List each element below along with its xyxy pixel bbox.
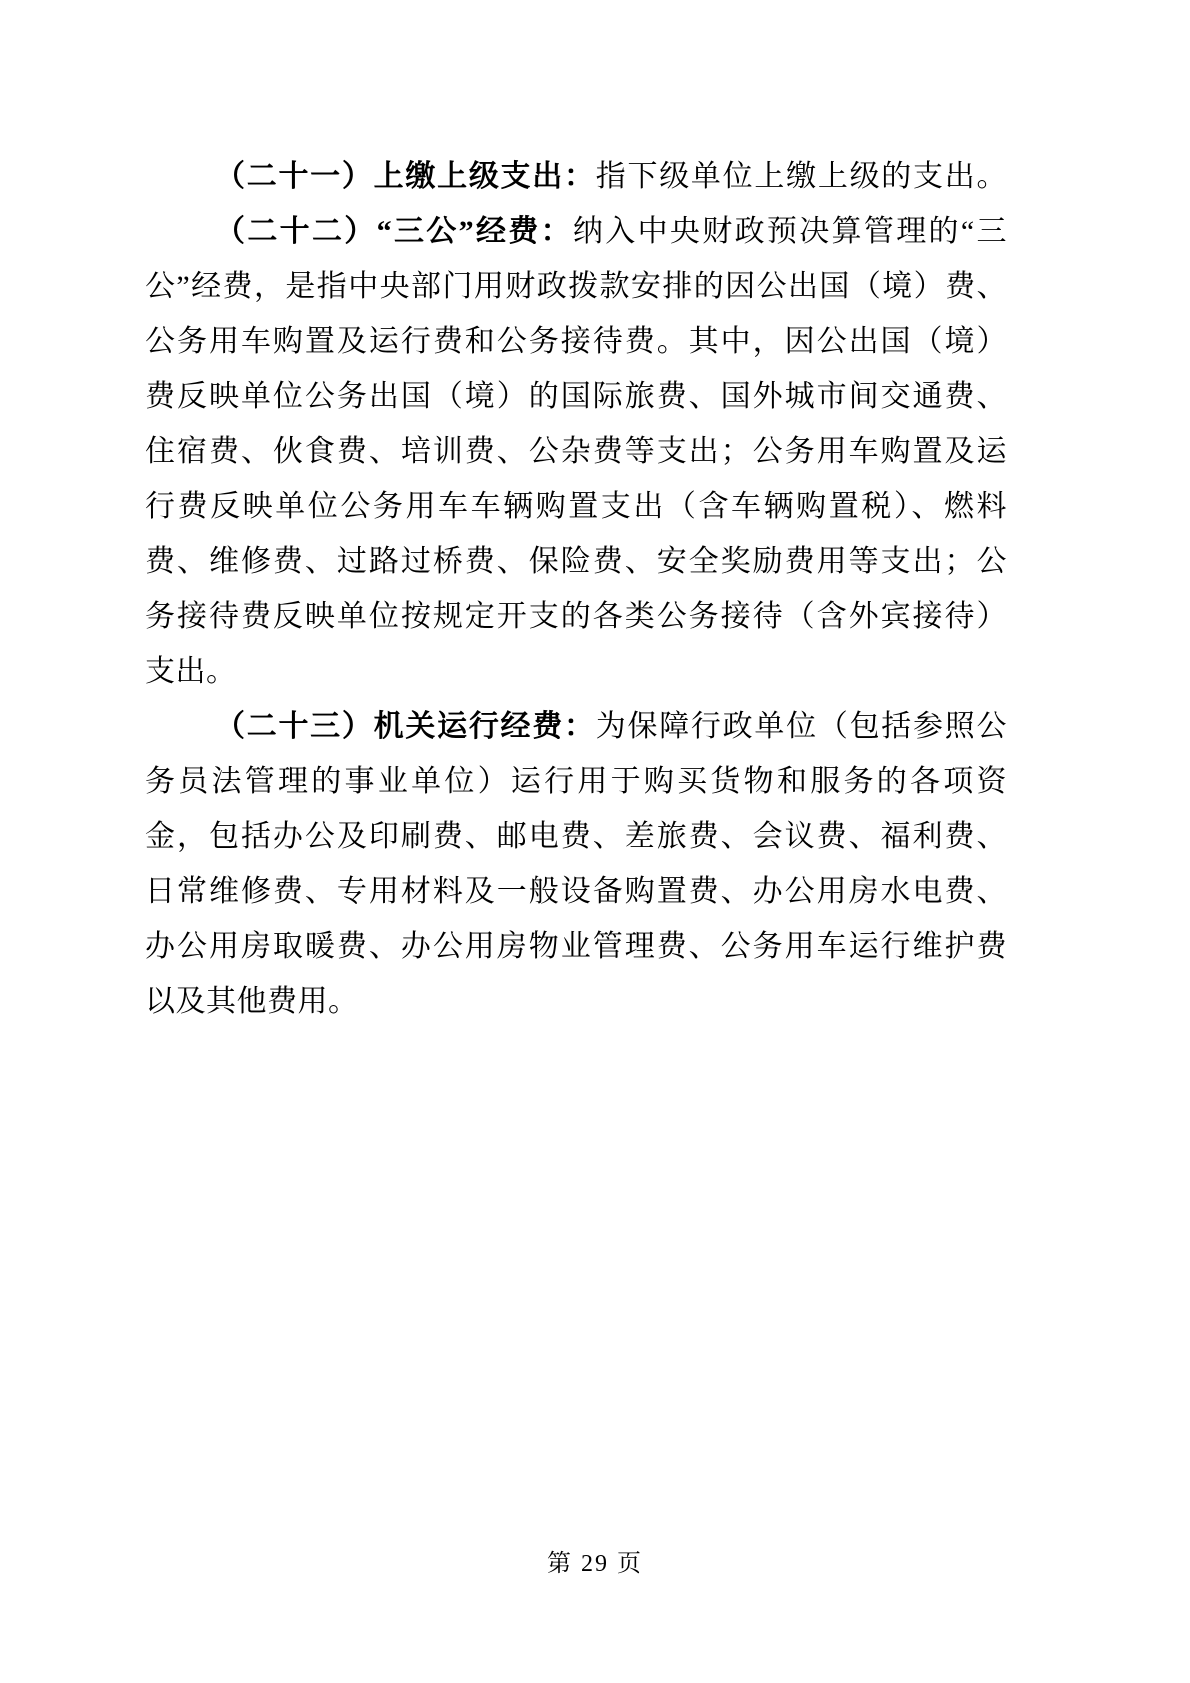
text-line: 公务用车购置及运行费和公务接待费。其中，因公出国（境）: [145, 314, 1007, 369]
text-run: 支出。: [145, 655, 237, 688]
text-line: 支出。: [145, 644, 1007, 699]
text-run: 公”经费，是指中央部门用财政拨款安排的因公出国（境）费、: [145, 270, 1007, 303]
text-line: 行费反映单位公务用车车辆购置支出（含车辆购置税）、燃料: [145, 479, 1007, 534]
text-run: 住宿费、伙食费、培训费、公杂费等支出；公务用车购置及运: [145, 435, 1007, 468]
text-line: 住宿费、伙食费、培训费、公杂费等支出；公务用车购置及运: [145, 424, 1007, 479]
text-line: 费、维修费、过路过桥费、保险费、安全奖励费用等支出；公: [145, 534, 1007, 589]
page-number: 第 29 页: [547, 1551, 643, 1577]
text-run: 费反映单位公务出国（境）的国际旅费、国外城市间交通费、: [145, 380, 1007, 413]
text-run: 金，包括办公及印刷费、邮电费、差旅费、会议费、福利费、: [145, 820, 1007, 853]
text-line: 费反映单位公务出国（境）的国际旅费、国外城市间交通费、: [145, 369, 1007, 424]
text-run: 为保障行政单位（包括参照公: [596, 710, 1007, 743]
text-line: 以及其他费用。: [145, 974, 1007, 1029]
text-line: 务接待费反映单位按规定开支的各类公务接待（含外宾接待）: [145, 589, 1007, 644]
document-body: （二十一）上缴上级支出：指下级单位上缴上级的支出。（二十二）“三公”经费：纳入中…: [145, 149, 1007, 1029]
text-run: 务员法管理的事业单位）运行用于购买货物和服务的各项资: [145, 765, 1007, 798]
document-page: （二十一）上缴上级支出：指下级单位上缴上级的支出。（二十二）“三公”经费：纳入中…: [0, 0, 1190, 1683]
text-line: 务员法管理的事业单位）运行用于购买货物和服务的各项资: [145, 754, 1007, 809]
term-label: （二十三）机关运行经费：: [215, 710, 596, 743]
term-label: （二十二）“三公”经费：: [215, 215, 573, 248]
text-line: 金，包括办公及印刷费、邮电费、差旅费、会议费、福利费、: [145, 809, 1007, 864]
text-run: 办公用房取暖费、办公用房物业管理费、公务用车运行维护费: [145, 930, 1007, 963]
text-run: 务接待费反映单位按规定开支的各类公务接待（含外宾接待）: [145, 600, 1007, 633]
text-run: 纳入中央财政预决算管理的“三: [573, 215, 1007, 248]
text-line: 公”经费，是指中央部门用财政拨款安排的因公出国（境）费、: [145, 259, 1007, 314]
text-run: 行费反映单位公务用车车辆购置支出（含车辆购置税）、燃料: [145, 490, 1007, 523]
term-label: （二十一）上缴上级支出：: [215, 160, 596, 193]
text-run: 公务用车购置及运行费和公务接待费。其中，因公出国（境）: [145, 325, 1007, 358]
text-line: 办公用房取暖费、办公用房物业管理费、公务用车运行维护费: [145, 919, 1007, 974]
text-line: 日常维修费、专用材料及一般设备购置费、办公用房水电费、: [145, 864, 1007, 919]
text-run: 以及其他费用。: [145, 985, 359, 1018]
text-line: （二十一）上缴上级支出：指下级单位上缴上级的支出。: [145, 149, 1007, 204]
text-line: （二十二）“三公”经费：纳入中央财政预决算管理的“三: [145, 204, 1007, 259]
text-run: 费、维修费、过路过桥费、保险费、安全奖励费用等支出；公: [145, 545, 1007, 578]
page-footer: 第 29 页: [0, 1549, 1190, 1579]
text-run: 指下级单位上缴上级的支出。: [596, 160, 1007, 193]
text-run: 日常维修费、专用材料及一般设备购置费、办公用房水电费、: [145, 875, 1007, 908]
text-line: （二十三）机关运行经费：为保障行政单位（包括参照公: [145, 699, 1007, 754]
